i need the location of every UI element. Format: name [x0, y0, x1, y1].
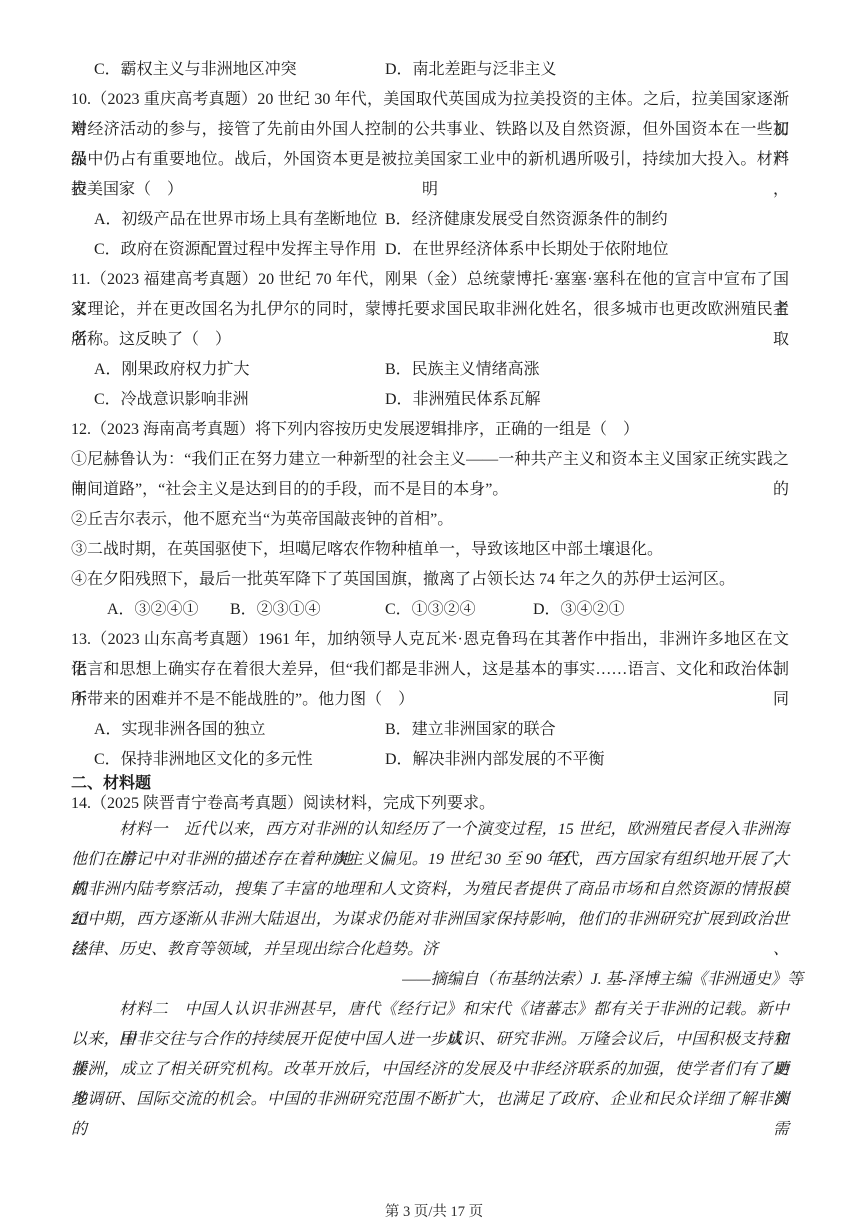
exam-page: C．霸权主义与非洲地区冲突 D．南北差距与泛非主义 10.（2023 重庆高考真… — [0, 0, 868, 1227]
q12-item1-line-1: ①尼赫鲁认为：“我们正在努力建立一种新型的社会主义——一种共产主义和资本主义国家… — [71, 445, 789, 475]
q13-line-2: 语言和思想上确实存在着很大差异，但“我们都是非洲人，这是基本的事实……语言、文化… — [71, 655, 789, 685]
q10-line-3: 品中仍占有重要地位。战后，外国资本更是被拉美国家工业中的新机遇所吸引，持续加大投… — [71, 145, 789, 175]
q9-option-d: D．南北差距与泛非主义 — [385, 55, 789, 85]
q11-option-b: B．民族主义情绪高涨 — [385, 355, 789, 385]
q10-line-2: 对经济活动的参与，接管了先前由外国人控制的公共事业、铁路以及自然资源，但外国资本… — [71, 115, 789, 145]
q14-material1-line-1: 材料一 近代以来，西方对非洲的认知经历了一个演变过程，15 世纪，欧洲殖民者侵入… — [71, 815, 789, 845]
q10-option-b: B．经济健康发展受自然资源条件的制约 — [385, 205, 789, 235]
q11-line-1: 11.（2023 福建高考真题）20 世纪 70 年代，刚果（金）总统蒙博托·塞… — [71, 265, 789, 295]
q13-option-b: B．建立非洲国家的联合 — [385, 715, 789, 745]
page-number-indicator: 第 3 页/共 17 页 — [0, 1200, 868, 1221]
q12-intro: 12.（2023 海南高考真题）将下列内容按历史发展逻辑排序，正确的一组是（ ） — [71, 415, 789, 445]
q14-material2-line-1: 材料二 中国人认识非洲甚早，唐代《经行记》和宋代《诸蕃志》都有关于非洲的记载。新… — [71, 995, 789, 1025]
q13-options-row-ab: A．实现非洲各国的独立 B．建立非洲国家的联合 — [71, 715, 789, 745]
q13-option-a: A．实现非洲各国的独立 — [94, 715, 385, 745]
q14-material1-source: ——摘编自（布基纳法索）J. 基-泽博主编《非洲通史》等 — [71, 965, 803, 995]
q14-material1-line-2: 他们在游记中对非洲的描述存在着种族主义偏见。19 世纪 30 至 90 年代，西… — [71, 845, 789, 875]
q13-option-d: D．解决非洲内部发展的不平衡 — [385, 745, 789, 775]
q12-option-d: D．③④②① — [533, 595, 789, 625]
q14-material1-line-4: 纪中期，西方逐渐从非洲大陆退出，为谋求仍能对非洲国家保持影响，他们的非洲研究扩展… — [71, 905, 789, 935]
q12-option-a: A．③②④① — [107, 595, 230, 625]
q12-item3: ③二战时期，在英国驱使下，坦噶尼喀农作物种植单一，导致该地区中部土壤退化。 — [71, 535, 789, 565]
q14-material1-line-3: 的非洲内陆考察活动，搜集了丰富的地理和人文资料，为殖民者提供了商品市场和自然资源… — [71, 875, 789, 905]
q11-option-a: A．刚果政府权力扩大 — [94, 355, 385, 385]
q13-options-row-cd: C．保持非洲地区文化的多元性 D．解决非洲内部发展的不平衡 — [71, 745, 789, 775]
q10-options-row-cd: C．政府在资源配置过程中发挥主导作用 D．在世界经济体系中长期处于依附地位 — [71, 235, 789, 265]
q10-options-row-ab: A．初级产品在世界市场上具有垄断地位 B．经济健康发展受自然资源条件的制约 — [71, 205, 789, 235]
q12-item2: ②丘吉尔表示，他不愿充当“为英帝国敲丧钟的首相”。 — [71, 505, 789, 535]
q10-option-a: A．初级产品在世界市场上具有垄断地位 — [94, 205, 385, 235]
q11-option-c: C．冷战意识影响非洲 — [94, 385, 385, 415]
q14-material2-line-2: 以来，中非交往与合作的持续展开促使中国人进一步认识、研究非洲。万隆会议后，中国积… — [71, 1025, 789, 1055]
q13-line-1: 13.（2023 山东高考真题）1961 年，加纳领导人克瓦米·恩克鲁玛在其著作… — [71, 625, 789, 655]
q9-options-row-cd: C．霸权主义与非洲地区冲突 D．南北差距与泛非主义 — [71, 55, 789, 85]
q12-option-c: C．①③②④ — [385, 595, 533, 625]
q11-options-row-cd: C．冷战意识影响非洲 D．非洲殖民体系瓦解 — [71, 385, 789, 415]
q12-item4: ④在夕阳残照下，最后一批英军降下了英国国旗，撤离了占领长达 74 年之久的苏伊士… — [71, 565, 789, 595]
q11-option-d: D．非洲殖民体系瓦解 — [385, 385, 789, 415]
q9-option-c: C．霸权主义与非洲地区冲突 — [94, 55, 385, 85]
q10-option-c: C．政府在资源配置过程中发挥主导作用 — [94, 235, 385, 265]
section-heading-material: 二、材料题 — [71, 775, 789, 793]
q12-option-b: B．②③①④ — [230, 595, 385, 625]
q12-options-row: A．③②④① B．②③①④ C．①③②④ D．③④②① — [71, 595, 789, 625]
q11-options-row-ab: A．刚果政府权力扩大 B．民族主义情绪高涨 — [71, 355, 789, 385]
q14-material2-line-3: 非洲，成立了相关研究机构。改革开放后，中国经济的发展及中非经济联系的加强，使学者… — [71, 1055, 789, 1085]
q10-line-1: 10.（2023 重庆高考真题）20 世纪 30 年代，美国取代英国成为拉美投资… — [71, 85, 789, 115]
q14-intro: 14.（2025 陕晋青宁卷高考真题）阅读材料，完成下列要求。 — [71, 793, 789, 815]
q14-material2-line-4: 地调研、国际交流的机会。中国的非洲研究范围不断扩大，也满足了政府、企业和民众详细… — [71, 1085, 789, 1115]
q13-option-c: C．保持非洲地区文化的多元性 — [94, 745, 385, 775]
q11-line-2: 义理论，并在更改国名为扎伊尔的同时，蒙博托要求国民取非洲化姓名，很多城市也更改欧… — [71, 295, 789, 325]
q10-option-d: D．在世界经济体系中长期处于依附地位 — [385, 235, 789, 265]
